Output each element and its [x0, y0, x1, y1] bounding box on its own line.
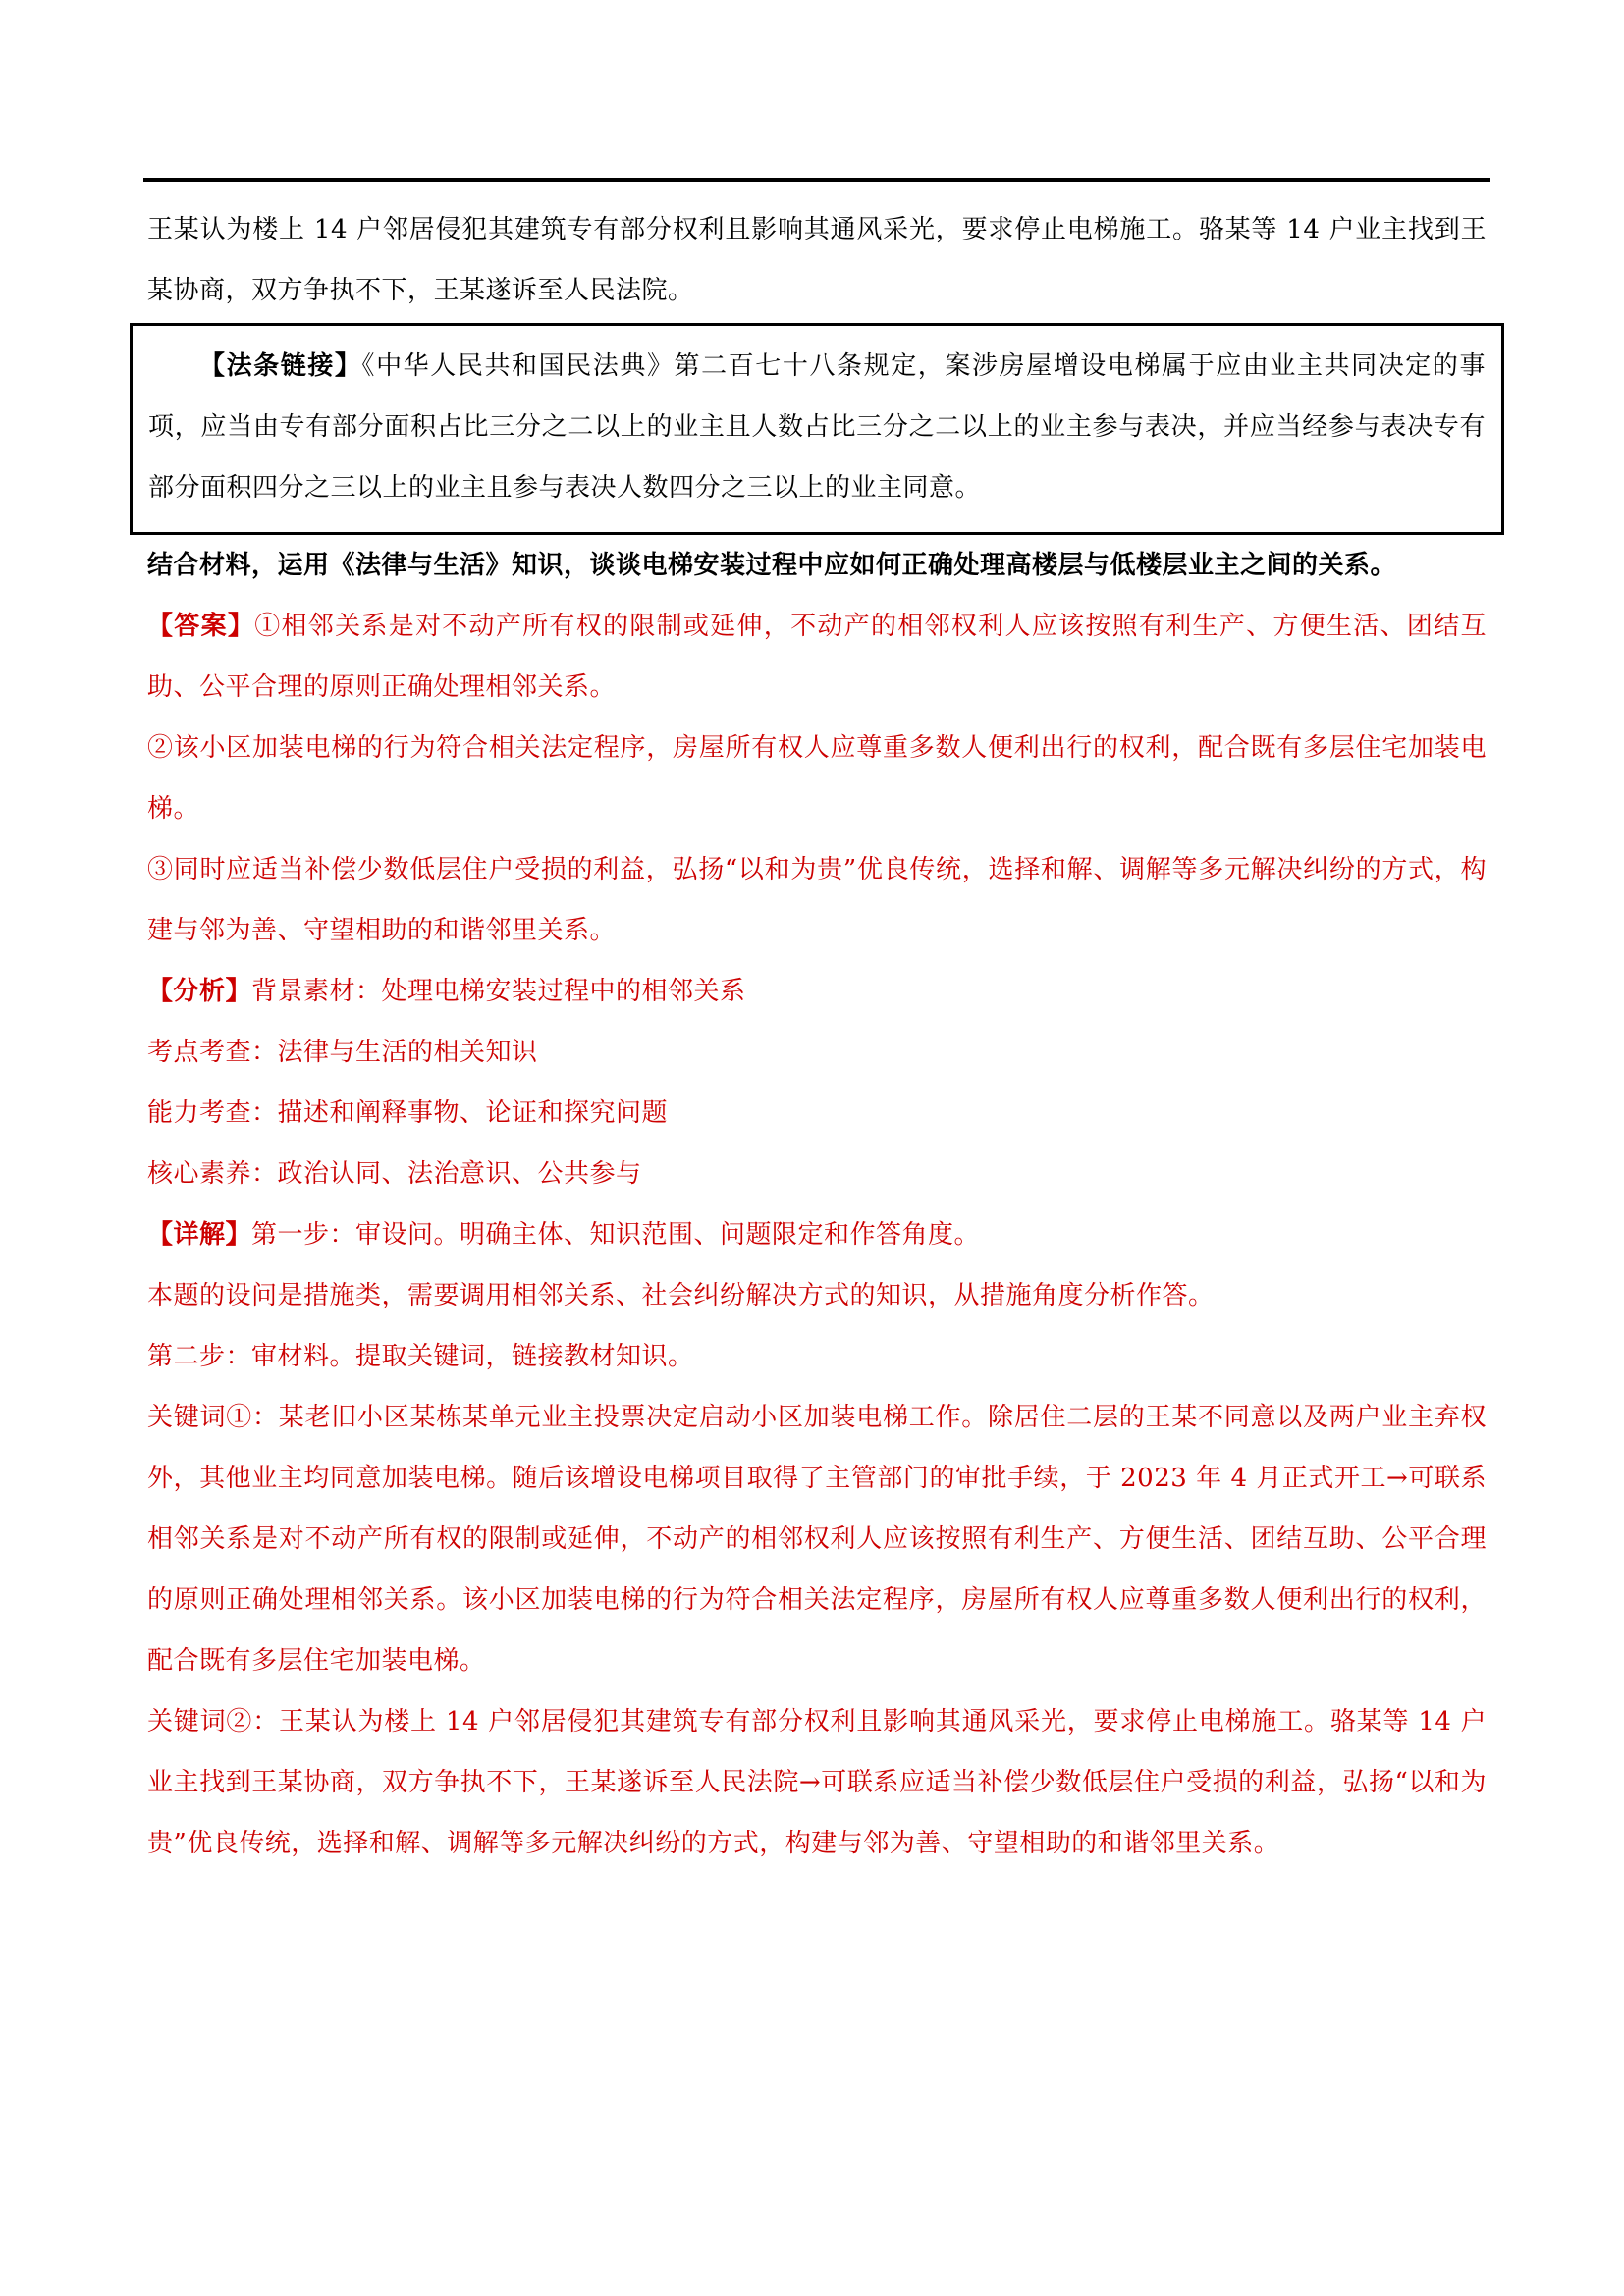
top-divider-rule	[143, 178, 1490, 182]
answer-point-1: ①相邻关系是对不动产所有权的限制或延伸，不动产的相邻权利人应该按照有利生产、方便…	[147, 612, 1487, 702]
intro-text: 王某认为楼上 14 户邻居侵犯其建筑专有部分权利且影响其通风采光，要求停止电梯施…	[147, 215, 1487, 305]
detail-keyword1-paragraph: 关键词①：某老旧小区某栋某单元业主投票决定启动小区加装电梯工作。除居住二层的王某…	[147, 1387, 1487, 1691]
analysis-paragraph: 【分析】背景素材：处理电梯安装过程中的相邻关系	[147, 961, 1487, 1022]
analysis-ability-text: 能力考查：描述和阐释事物、论证和探究问题	[147, 1098, 668, 1128]
analysis-exam-point-text: 考点考查：法律与生活的相关知识	[147, 1038, 538, 1067]
analysis-competency-line: 核心素养：政治认同、法治意识、公共参与	[147, 1144, 1487, 1204]
answer-paragraph-1: 【答案】①相邻关系是对不动产所有权的限制或延伸，不动产的相邻权利人应该按照有利生…	[147, 596, 1487, 718]
question-text: 结合材料，运用《法律与生活》知识，谈谈电梯安装过程中应如何正确处理高楼层与低楼层…	[147, 551, 1396, 580]
answer-paragraph-2: ②该小区加装电梯的行为符合相关法定程序，房屋所有权人应尊重多数人便利出行的权利，…	[147, 718, 1487, 839]
detail-step1-paragraph: 【详解】第一步：审设问。明确主体、知识范围、问题限定和作答角度。	[147, 1204, 1487, 1265]
detail-keyword2-paragraph: 关键词②：王某认为楼上 14 户邻居侵犯其建筑专有部分权利且影响其通风采光，要求…	[147, 1691, 1487, 1874]
answer-point-2: ②该小区加装电梯的行为符合相关法定程序，房屋所有权人应尊重多数人便利出行的权利，…	[147, 733, 1487, 824]
analysis-background-text: 背景素材：处理电梯安装过程中的相邻关系	[251, 977, 746, 1006]
law-link-label: 【法条链接】	[199, 351, 362, 381]
detail-step1-note-text: 本题的设问是措施类，需要调用相邻关系、社会纠纷解决方式的知识，从措施角度分析作答…	[147, 1281, 1215, 1310]
detail-label: 【详解】	[147, 1220, 251, 1250]
law-link-paragraph: 【法条链接】《中华人民共和国民法典》第二百七十八条规定，案涉房屋增设电梯属于应由…	[148, 336, 1486, 518]
analysis-label: 【分析】	[147, 977, 251, 1006]
answer-label: 【答案】	[147, 612, 254, 641]
answer-point-3: ③同时应适当补偿少数低层住户受损的利益，弘扬“以和为贵”优良传统，选择和解、调解…	[147, 855, 1487, 945]
detail-step1-text: 第一步：审设问。明确主体、知识范围、问题限定和作答角度。	[251, 1220, 980, 1250]
answer-paragraph-3: ③同时应适当补偿少数低层住户受损的利益，弘扬“以和为贵”优良传统，选择和解、调解…	[147, 839, 1487, 961]
law-link-box: 【法条链接】《中华人民共和国民法典》第二百七十八条规定，案涉房屋增设电梯属于应由…	[130, 323, 1504, 535]
detail-step1-note-paragraph: 本题的设问是措施类，需要调用相邻关系、社会纠纷解决方式的知识，从措施角度分析作答…	[147, 1265, 1487, 1326]
analysis-exam-point-line: 考点考查：法律与生活的相关知识	[147, 1022, 1487, 1083]
detail-keyword1-text: 关键词①：某老旧小区某栋某单元业主投票决定启动小区加装电梯工作。除居住二层的王某…	[147, 1403, 1487, 1676]
analysis-competency-text: 核心素养：政治认同、法治意识、公共参与	[147, 1159, 642, 1189]
detail-step2-text: 第二步：审材料。提取关键词，链接教材知识。	[147, 1342, 694, 1371]
analysis-ability-line: 能力考查：描述和阐释事物、论证和探究问题	[147, 1083, 1487, 1144]
intro-paragraph: 王某认为楼上 14 户邻居侵犯其建筑专有部分权利且影响其通风采光，要求停止电梯施…	[147, 199, 1487, 321]
detail-step2-paragraph: 第二步：审材料。提取关键词，链接教材知识。	[147, 1326, 1487, 1387]
document-content: 王某认为楼上 14 户邻居侵犯其建筑专有部分权利且影响其通风采光，要求停止电梯施…	[147, 178, 1487, 1874]
document-page: 王某认为楼上 14 户邻居侵犯其建筑专有部分权利且影响其通风采光，要求停止电梯施…	[0, 0, 1624, 2296]
detail-keyword2-text: 关键词②：王某认为楼上 14 户邻居侵犯其建筑专有部分权利且影响其通风采光，要求…	[147, 1707, 1487, 1858]
question-paragraph: 结合材料，运用《法律与生活》知识，谈谈电梯安装过程中应如何正确处理高楼层与低楼层…	[147, 535, 1487, 596]
